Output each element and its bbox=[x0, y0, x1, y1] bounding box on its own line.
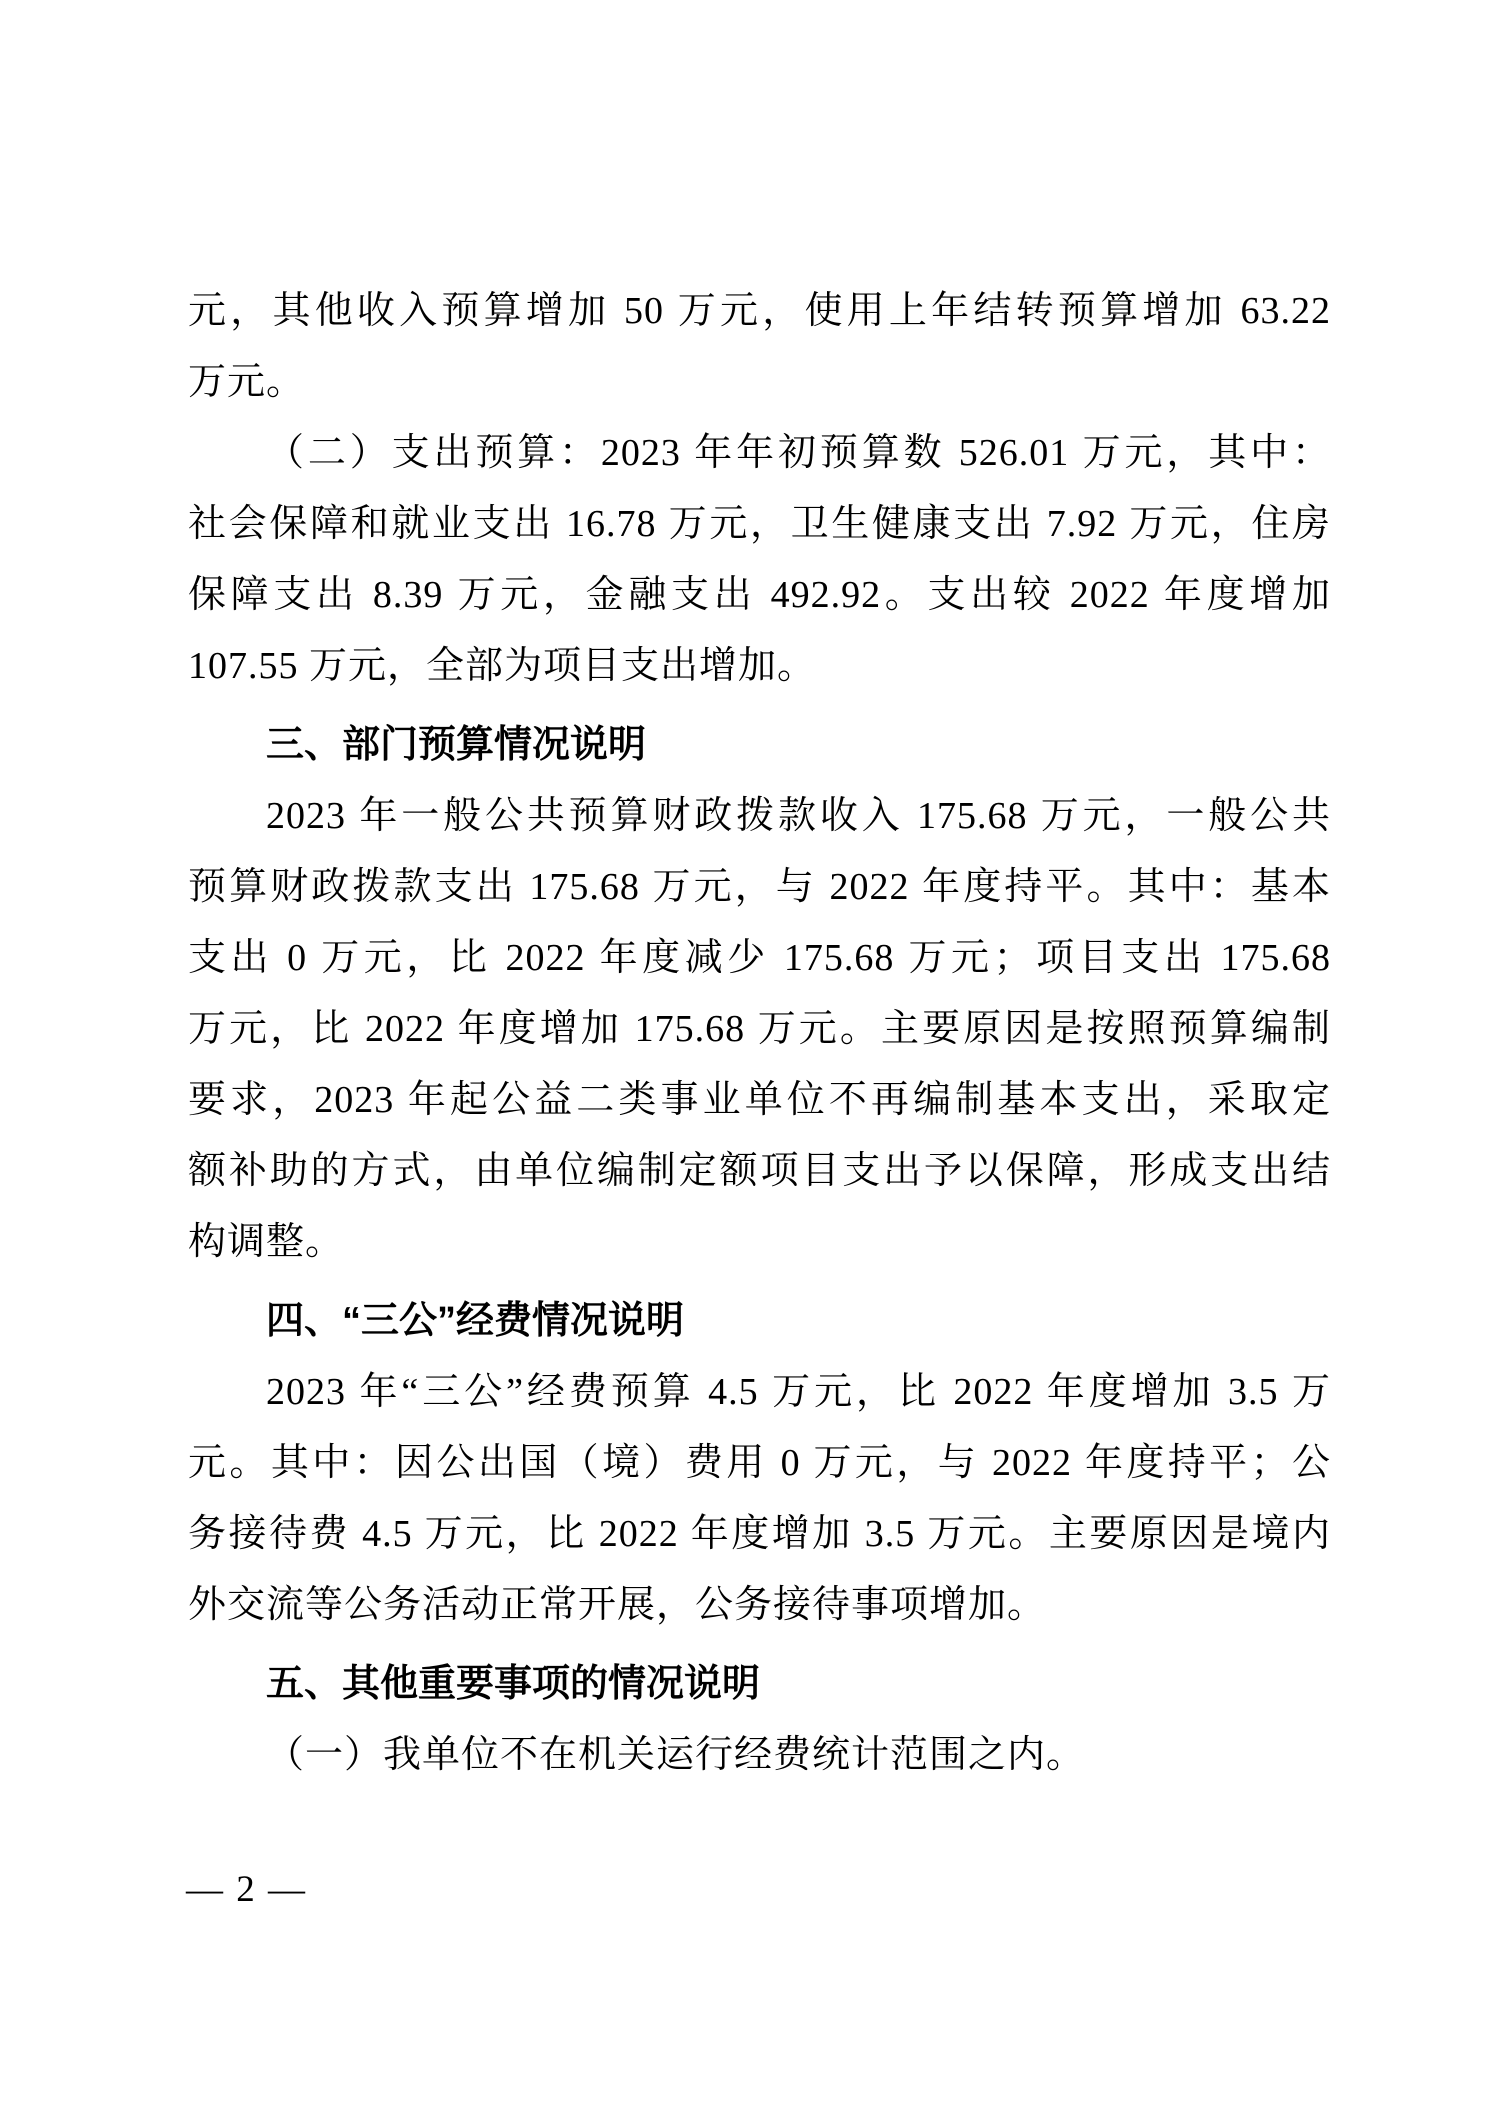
paragraph-line: 万元。 bbox=[188, 347, 1331, 418]
paragraph-line: （二）支出预算：2023 年年初预算数 526.01 万元，其中： bbox=[188, 418, 1331, 489]
document-page: 元，其他收入预算增加 50 万元，使用上年结转预算增加 63.22万元。（二）支… bbox=[0, 0, 1485, 2101]
section-heading: 四、“三公”经费情况说明 bbox=[188, 1286, 1331, 1357]
paragraph-line: 2023 年一般公共预算财政拨款收入 175.68 万元，一般公共 bbox=[188, 781, 1331, 852]
paragraph-line: 社会保障和就业支出 16.78 万元，卫生健康支出 7.92 万元，住房 bbox=[188, 489, 1331, 560]
section-heading: 三、部门预算情况说明 bbox=[188, 710, 1331, 781]
paragraph-line: 构调整。 bbox=[188, 1207, 1331, 1278]
paragraph-line: 保障支出 8.39 万元，金融支出 492.92。支出较 2022 年度增加 bbox=[188, 560, 1331, 631]
paragraph-line: 107.55 万元，全部为项目支出增加。 bbox=[188, 631, 1331, 702]
paragraph-line: （一）我单位不在机关运行经费统计范围之内。 bbox=[188, 1720, 1331, 1791]
paragraph-line: 万元，比 2022 年度增加 175.68 万元。主要原因是按照预算编制 bbox=[188, 994, 1331, 1065]
paragraph-line: 外交流等公务活动正常开展，公务接待事项增加。 bbox=[188, 1570, 1331, 1641]
paragraph-line: 额补助的方式，由单位编制定额项目支出予以保障，形成支出结 bbox=[188, 1136, 1331, 1207]
paragraph-line: 元，其他收入预算增加 50 万元，使用上年结转预算增加 63.22 bbox=[188, 276, 1331, 347]
document-body: 元，其他收入预算增加 50 万元，使用上年结转预算增加 63.22万元。（二）支… bbox=[188, 276, 1331, 1791]
section-heading: 五、其他重要事项的情况说明 bbox=[188, 1649, 1331, 1720]
paragraph-line: 2023 年“三公”经费预算 4.5 万元，比 2022 年度增加 3.5 万 bbox=[188, 1357, 1331, 1428]
paragraph-line: 支出 0 万元，比 2022 年度减少 175.68 万元；项目支出 175.6… bbox=[188, 923, 1331, 994]
page-number: — 2 — bbox=[186, 1868, 307, 1912]
paragraph-line: 务接待费 4.5 万元，比 2022 年度增加 3.5 万元。主要原因是境内 bbox=[188, 1499, 1331, 1570]
paragraph-line: 要求，2023 年起公益二类事业单位不再编制基本支出，采取定 bbox=[188, 1065, 1331, 1136]
paragraph-line: 预算财政拨款支出 175.68 万元，与 2022 年度持平。其中：基本 bbox=[188, 852, 1331, 923]
paragraph-line: 元。其中：因公出国（境）费用 0 万元，与 2022 年度持平；公 bbox=[188, 1428, 1331, 1499]
